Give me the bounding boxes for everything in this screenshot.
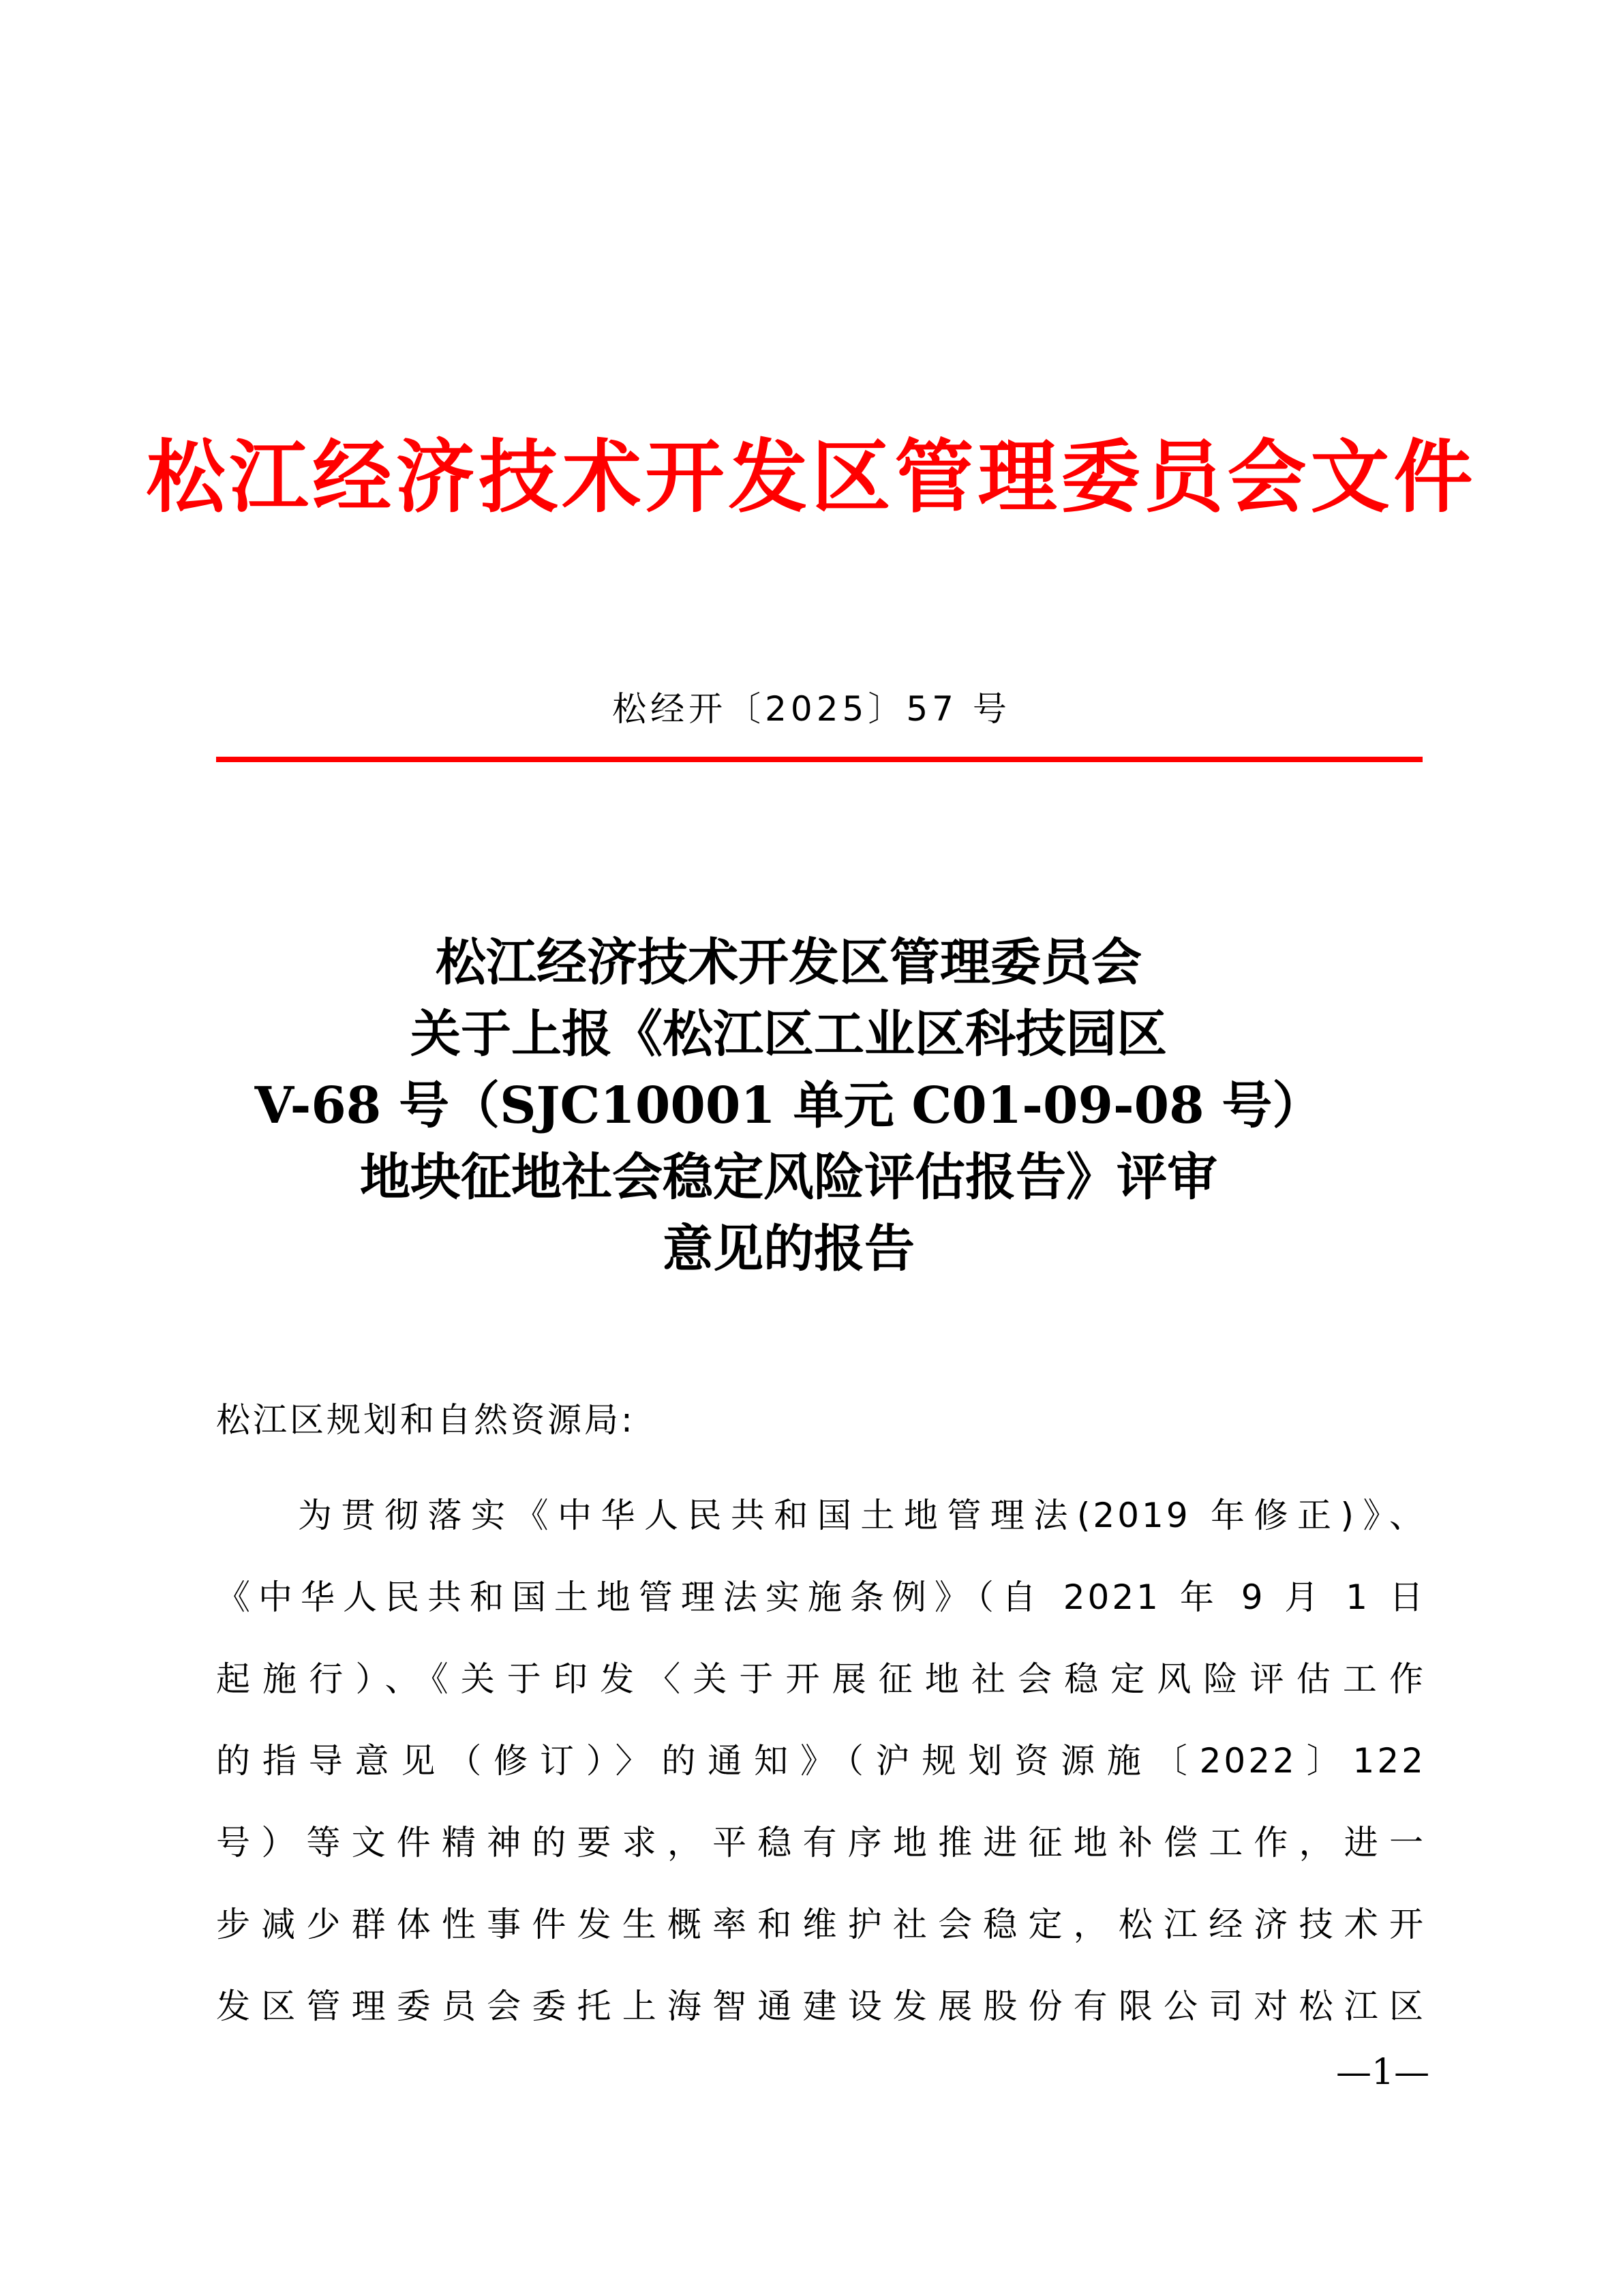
body-line: 发区管理委员会委托上海智通建设发展股份有限公司对松江区 (216, 1965, 1426, 2047)
body-paragraph: 为贯彻落实《中华人民共和国土地管理法(2019 年修正)》、 《中华人民共和国土… (216, 1475, 1426, 2047)
red-divider-rule (216, 757, 1423, 762)
body-line: 《中华人民共和国土地管理法实施条例》（自 2021 年 9 月 1 日 (216, 1556, 1426, 1638)
body-line: 为贯彻落实《中华人民共和国土地管理法(2019 年修正)》、 (216, 1475, 1426, 1556)
title-line: 意见的报告 (155, 1213, 1423, 1285)
body-line: 号）等文件精神的要求，平稳有序地推进征地补偿工作，进一 (216, 1802, 1426, 1884)
document-number: 松经开〔2025〕57 号 (0, 685, 1623, 733)
body-line: 步减少群体性事件发生概率和维护社会稳定，松江经济技术开 (216, 1884, 1426, 1965)
title-line: V-68 号（SJC10001 单元 C01-09-08 号） (155, 1070, 1423, 1142)
body-line: 的指导意见（修订）〉的通知》（沪规划资源施〔2022〕122 (216, 1720, 1426, 1802)
document-page: 松江经济技术开发区管理委员会文件 松经开〔2025〕57 号 松江经济技术开发区… (0, 0, 1623, 2296)
addressee: 松江区规划和自然资源局: (216, 1393, 635, 1447)
body-line: 起施行）、《关于印发〈关于开展征地社会稳定风险评估工作 (216, 1638, 1426, 1720)
page-number: —1— (1336, 2045, 1429, 2100)
document-title: 松江经济技术开发区管理委员会 关于上报《松江区工业区科技园区 V-68 号（SJ… (216, 927, 1423, 1285)
title-line: 地块征地社会稳定风险评估报告》评审 (155, 1142, 1423, 1213)
title-line: 关于上报《松江区工业区科技园区 (155, 999, 1423, 1070)
title-line: 松江经济技术开发区管理委员会 (155, 927, 1423, 999)
masthead-title: 松江经济技术开发区管理委员会文件 (0, 429, 1623, 525)
